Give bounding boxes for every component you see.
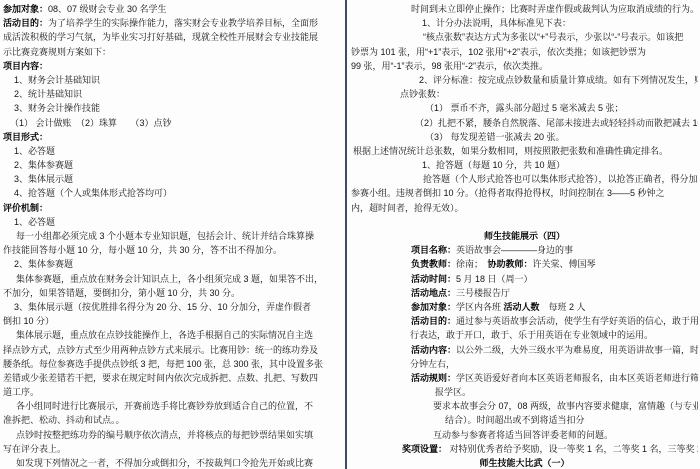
text-line: 报学区。 xyxy=(351,385,698,399)
text-run: 互动参与参赛者将适当回答评委老师的问题。 xyxy=(433,430,613,440)
text-run: 择点钞方式，点钞方式至少用两种点钞方式来展示。比赛用钞：统一的练功券及 xyxy=(3,345,318,355)
text-run: 倒扣 10 分） xyxy=(3,316,54,326)
page-divider xyxy=(345,0,347,469)
text-line: 集体展示题，重点放在点钞技能操作上，各选手根据自己的实际情况自主选 xyxy=(3,328,343,342)
text-run: 分钟左右， xyxy=(410,359,455,369)
text-line: 99 张，用“-1”表示，98 张用“-2”表示，依次类推。 xyxy=(351,59,698,73)
text-run: 5 月 18 日（周一） xyxy=(456,274,533,284)
text-run: 3、财务会计操作技能 xyxy=(14,103,100,113)
text-line: 如发现下列情况之一者，不得加分或倒扣分，不按裁判口令抢先开始或比赛 xyxy=(3,456,343,469)
text-line: 每一小组都必须完成 3 个小题本专业知识题，包括会计、统计并结合珠算操 xyxy=(3,229,343,243)
text-run: 各小组同时进行比赛展示，开赛前选手将比赛钞券放到适合自己的位置，不 xyxy=(16,401,313,411)
text-line: 1、必答题 xyxy=(3,144,343,158)
document-page-right: 时间到未立即停止操作；比赛时弄虚作假或裁判认为应取消成绩的行为。1、计分办法说明… xyxy=(351,0,698,469)
text-run: 要求本故事会分 07，08 两级，故事内容要求健康，富情趣（与专业 xyxy=(433,401,698,411)
text-line: 1、必答题 xyxy=(3,215,343,229)
text-run: （1） 会计做账 （2）珠算 （3）点钞 xyxy=(10,118,172,128)
text-line: 活动目的：通过参与英语故事会活动，使学生有学好英语的信心，敢于用英语进 xyxy=(351,314,698,328)
text-run: 2、统计基础知识 xyxy=(14,89,82,99)
text-line: 差错或少张差错若干把，要求在规定时间内依次完成拆把、点数、扎把、写数四 xyxy=(3,371,343,385)
text-run: 三号楼报告厅 xyxy=(456,288,510,298)
text-line: 写在评分表上。 xyxy=(3,442,343,456)
text-run: 08、07 级财会专业 30 名学生 xyxy=(48,4,167,14)
bold-label: 活动人数 xyxy=(504,302,540,312)
bold-label: 协助教师： xyxy=(488,259,533,269)
text-line: 作技能回答每小题 10 分，每小题 10 分，共 30 分，答不出不得加分。 xyxy=(3,243,343,257)
text-run: 内，超时间者，抢得无效）。 xyxy=(351,203,464,213)
bold-label: 活动规则： xyxy=(411,373,456,383)
section-heading: 师生技能展示（四） xyxy=(351,229,698,243)
text-line: 要求本故事会分 07，08 两级，故事内容要求健康，富情趣（与专业 xyxy=(351,399,698,413)
text-run: 点钞时按整把练功券的编号顺序依次清点，并将核点的每把钞票结果如实填 xyxy=(16,430,313,440)
text-line: 项目形式： xyxy=(3,130,343,144)
text-line: 评价机制： xyxy=(3,201,343,215)
bold-label: 活动目的： xyxy=(411,316,456,326)
text-run: （3） 每发现差错一张减去 20 张。 xyxy=(425,132,565,142)
text-run: 成活泼积极的学习气氛，为毕业实习打好基础，现就全校性开展财会专业技能展 xyxy=(3,32,318,42)
bold-label: 师生技能大比武（一） xyxy=(479,458,569,468)
text-run: 1、财务会计基础知识 xyxy=(14,75,100,85)
text-run: 4、抢答题（个人或集体形式抢答均可） xyxy=(14,188,172,198)
text-run: 学区英语爱好者向本区英语老师报名，由本区英语老师进行筛选后上 xyxy=(456,373,698,383)
text-line: 活动规则：学区英语爱好者向本区英语老师报名，由本区英语老师进行筛选后上 xyxy=(351,371,698,385)
text-line: 2、集体参赛题 xyxy=(3,257,343,271)
text-run: 2、集体参赛题 xyxy=(14,160,73,170)
bold-label: 活动地点： xyxy=(411,288,456,298)
text-run: 学区内各班 xyxy=(456,302,504,312)
bold-label: 参加对象： xyxy=(3,4,48,14)
text-line: 各小组同时进行比赛展示，开赛前选手将比赛钞券放到适合自己的位置，不 xyxy=(3,399,343,413)
text-run: 准拆把、松动、抖动和试点。。 xyxy=(3,415,125,425)
text-run: 钞票为 101 张，用“+1”表示，102 张用“+2”表示，依次类推；如该把钞… xyxy=(351,47,646,57)
text-run: 每一小组都必须完成 3 个小题本专业知识题，包括会计、统计并结合珠算操 xyxy=(16,231,314,241)
document-page-left: 参加对象：08、07 级财会专业 30 名学生活动目的：为了培养学生的实际操作能… xyxy=(3,0,343,469)
text-run: 集体展示题，重点放在点钞技能操作上，各选手根据自己的实际情况自主选 xyxy=(16,330,313,340)
text-line: 示比赛竞赛规则方案如下： xyxy=(3,45,343,59)
text-line: 不加分，如果答错题，要倒扣分，第小题 10 分，共 30 分。 xyxy=(3,286,343,300)
text-line xyxy=(351,215,698,229)
text-run: 2、集体参赛题 xyxy=(14,259,73,269)
text-run: 徐南； xyxy=(456,259,488,269)
text-run: 结合）。时间超出或不到将适当扣分 xyxy=(445,415,585,425)
text-line: 集体参赛题，重点放在财务会计知识点上，各小组须完成 3 题，如果答不出， xyxy=(3,272,343,286)
text-run: 行表达，敢于开口，敢于、乐于用英语在专业领域中的运用。 xyxy=(410,330,653,340)
text-line: 道工序。 xyxy=(3,385,343,399)
text-run: 3、集体展示题 xyxy=(14,174,73,184)
text-run: 为了培养学生的实际操作能力，落实财会专业教学培养目标，全面形 xyxy=(48,18,318,28)
text-line: 4、抢答题（个人或集体形式抢答均可） xyxy=(3,186,343,200)
text-line: 项目名称：英语故事会————身边的事 xyxy=(351,243,698,257)
text-run: 集体参赛题，重点放在财务会计知识点上，各小组须完成 3 题，如果答不出， xyxy=(16,274,323,284)
text-line: 腰条纸。每位参赛选手提供点钞纸 3 把，每把 100 张，总 300 张，其中设… xyxy=(3,357,343,371)
text-run: 抢答题（个人形式抢答也可以集体形式抢答），以抢答正确者，得分加入其 xyxy=(423,174,698,184)
text-line: 内，超时间者，抢得无效）。 xyxy=(351,201,698,215)
text-run: 对特别优秀者给予奖励，设一等奖 1 名，二等奖 1 名，三等奖 2 名。 xyxy=(447,444,698,454)
text-line: 活动时间：5 月 18 日（周一） xyxy=(351,272,698,286)
text-line: 3、集体展示题（按优胜排名得分为 20 分、15 分、10 分加分，弄虚作假者 xyxy=(3,300,343,314)
text-line: 负责教师：徐南； 协助教师：许关棠、傅国琴 xyxy=(351,257,698,271)
text-run: 英语故事会————身边的事 xyxy=(456,245,573,255)
text-line: （2）扎把不紧，腰条自然脱落、尾部未接进去或轻轻抖动而散把减去 10 张； xyxy=(351,116,698,130)
text-line: 结合）。时间超出或不到将适当扣分 xyxy=(351,413,698,427)
text-line: 活动目的：为了培养学生的实际操作能力，落实财会专业教学培养目标，全面形 xyxy=(3,16,343,30)
text-run: 通过参与英语故事会活动，使学生有学好英语的信心，敢于用英语进 xyxy=(456,316,698,326)
bold-label: 评价机制： xyxy=(3,203,48,213)
text-run: 道工序。 xyxy=(3,387,39,397)
text-run: 99 张，用“-1”表示，98 张用“-2”表示，依次类推。 xyxy=(351,61,548,71)
text-line: 行表达，敢于开口，敢于、乐于用英语在专业领域中的运用。 xyxy=(351,328,698,342)
text-line: 项目内容： xyxy=(3,59,343,73)
text-line: 抢答题（个人形式抢答也可以集体形式抢答），以抢答正确者，得分加入其 xyxy=(351,172,698,186)
text-line: 参加对象：08、07 级财会专业 30 名学生 xyxy=(3,2,343,16)
text-run: 示比赛竞赛规则方案如下： xyxy=(3,47,111,57)
bold-label: 活动内容： xyxy=(411,345,456,355)
text-line: 分钟左右， xyxy=(351,357,698,371)
text-run: （2）扎把不紧，腰条自然脱落、尾部未接进去或轻轻抖动而散把减去 10 张； xyxy=(415,118,698,128)
section-heading: 师生技能大比武（一） xyxy=(351,456,698,469)
text-line: 参赛小组。违规者倒扣 10 分。（抢得者取得抢得权，时间控制在 3——5 秒钟之 xyxy=(351,186,698,200)
text-run: 作技能回答每小题 10 分，每小题 10 分，共 30 分，答不出不得加分。 xyxy=(3,245,282,255)
text-run: 报学区。 xyxy=(435,387,471,397)
text-run: 每班 2 人 xyxy=(540,302,586,312)
text-line: 点钞张数： xyxy=(351,87,698,101)
text-line: 准拆把、松动、抖动和试点。。 xyxy=(3,413,343,427)
text-line: 钞票为 101 张，用“+1”表示，102 张用“+2”表示，依次类推；如该把钞… xyxy=(351,45,698,59)
text-run: 根据上述情况统计总张数，如果分数相同，则按照散把张数和准确性确定排名。 xyxy=(353,146,668,156)
text-line: 时间到未立即停止操作；比赛时弄虚作假或裁判认为应取消成绩的行为。 xyxy=(351,2,698,16)
text-line: 参加对象：学区内各班 活动人数 每班 2 人 xyxy=(351,300,698,314)
text-run: 点钞张数： xyxy=(400,89,445,99)
text-line: 3、集体展示题 xyxy=(3,172,343,186)
text-run: 2、评分标准：按完成点钞数量和质量计算成绩。如有下列情况发生，则减去 xyxy=(419,75,698,85)
text-run: 时间到未立即停止操作；比赛时弄虚作假或裁判认为应取消成绩的行为。 xyxy=(411,4,698,14)
text-run: 3、集体展示题（按优胜排名得分为 20 分、15 分、10 分加分，弄虚作假者 xyxy=(14,302,311,312)
text-run: 1、必答题 xyxy=(14,146,55,156)
text-run: 许关棠、傅国琴 xyxy=(533,259,596,269)
text-line: 成活泼积极的学习气氛，为毕业实习打好基础，现就全校性开展财会专业技能展 xyxy=(3,30,343,44)
bold-label: 参加对象： xyxy=(411,302,456,312)
text-run: 1、计分办法说明，具体标准见下表： xyxy=(422,18,571,28)
text-line: 1、计分办法说明，具体标准见下表： xyxy=(351,16,698,30)
bold-label: 项目内容： xyxy=(3,61,48,71)
text-line: 2、评分标准：按完成点钞数量和质量计算成绩。如有下列情况发生，则减去 xyxy=(351,73,698,87)
text-line: 择点钞方式，点钞方式至少用两种点钞方式来展示。比赛用钞：统一的练功券及 xyxy=(3,343,343,357)
text-line: 点钞时按整把练功券的编号顺序依次清点，并将核点的每把钞票结果如实填 xyxy=(3,428,343,442)
bold-label: 负责教师： xyxy=(411,259,456,269)
text-run: 腰条纸。每位参赛选手提供点钞纸 3 把，每把 100 张，总 300 张，其中设… xyxy=(3,359,323,369)
text-line: “核点张数”表达方式为多张以“+”号表示，少张以“-”号表示。如该把 xyxy=(351,30,698,44)
text-line: 3、财务会计操作技能 xyxy=(3,101,343,115)
text-line: 2、统计基础知识 xyxy=(3,87,343,101)
bold-label: 活动时间： xyxy=(411,274,456,284)
text-line: （1） 会计做账 （2）珠算 （3）点钞 xyxy=(3,116,343,130)
text-line: 活动地点：三号楼报告厅 xyxy=(351,286,698,300)
text-line: 1、财务会计基础知识 xyxy=(3,73,343,87)
text-run: 写在评分表上。 xyxy=(3,444,66,454)
text-line: 2、集体参赛题 xyxy=(3,158,343,172)
text-line: 互动参与参赛者将适当回答评委老师的问题。 xyxy=(351,428,698,442)
text-line: 活动内容：以公外二级，大外三级水平为难易度，用英语讲故事一篇，时间 2 xyxy=(351,343,698,357)
text-run: 1、抢答题（每题 10 分，共 10 题） xyxy=(422,160,565,170)
text-run: 如发现下列情况之一者，不得加分或倒扣分，不按裁判口令抢先开始或比赛 xyxy=(16,458,313,468)
bold-label: 活动目的： xyxy=(3,18,48,28)
bold-label: 师生技能展示（四） xyxy=(484,231,565,241)
text-run: （1） 票币不齐，露头部分超过 5 毫米减去 5 张； xyxy=(425,103,624,113)
text-line: （3） 每发现差错一张减去 20 张。 xyxy=(351,130,698,144)
text-run: “核点张数”表达方式为多张以“+”号表示，少张以“-”号表示。如该把 xyxy=(423,32,683,42)
text-run: 参赛小组。违规者倒扣 10 分。（抢得者取得抢得权，时间控制在 3——5 秒钟之 xyxy=(351,188,665,198)
text-run: 不加分，如果答错题，要倒扣分，第小题 10 分，共 30 分。 xyxy=(3,288,240,298)
bold-label: 项目形式： xyxy=(3,132,48,142)
text-line: 倒扣 10 分） xyxy=(3,314,343,328)
text-line: （1） 票币不齐，露头部分超过 5 毫米减去 5 张； xyxy=(351,101,698,115)
text-line: 根据上述情况统计总张数，如果分数相同，则按照散把张数和准确性确定排名。 xyxy=(351,144,698,158)
text-line: 1、抢答题（每题 10 分，共 10 题） xyxy=(351,158,698,172)
text-line: 奖项设置： 对特别优秀者给予奖励，设一等奖 1 名，二等奖 1 名，三等奖 2 … xyxy=(351,442,698,456)
text-run: 差错或少张差错若干把，要求在规定时间内依次完成拆把、点数、扎把、写数四 xyxy=(3,373,318,383)
text-run: 1、必答题 xyxy=(14,217,55,227)
bold-label: 奖项设置： xyxy=(402,444,447,454)
text-run: 以公外二级，大外三级水平为难易度，用英语讲故事一篇，时间 2 xyxy=(456,345,698,355)
bold-label: 项目名称： xyxy=(411,245,456,255)
